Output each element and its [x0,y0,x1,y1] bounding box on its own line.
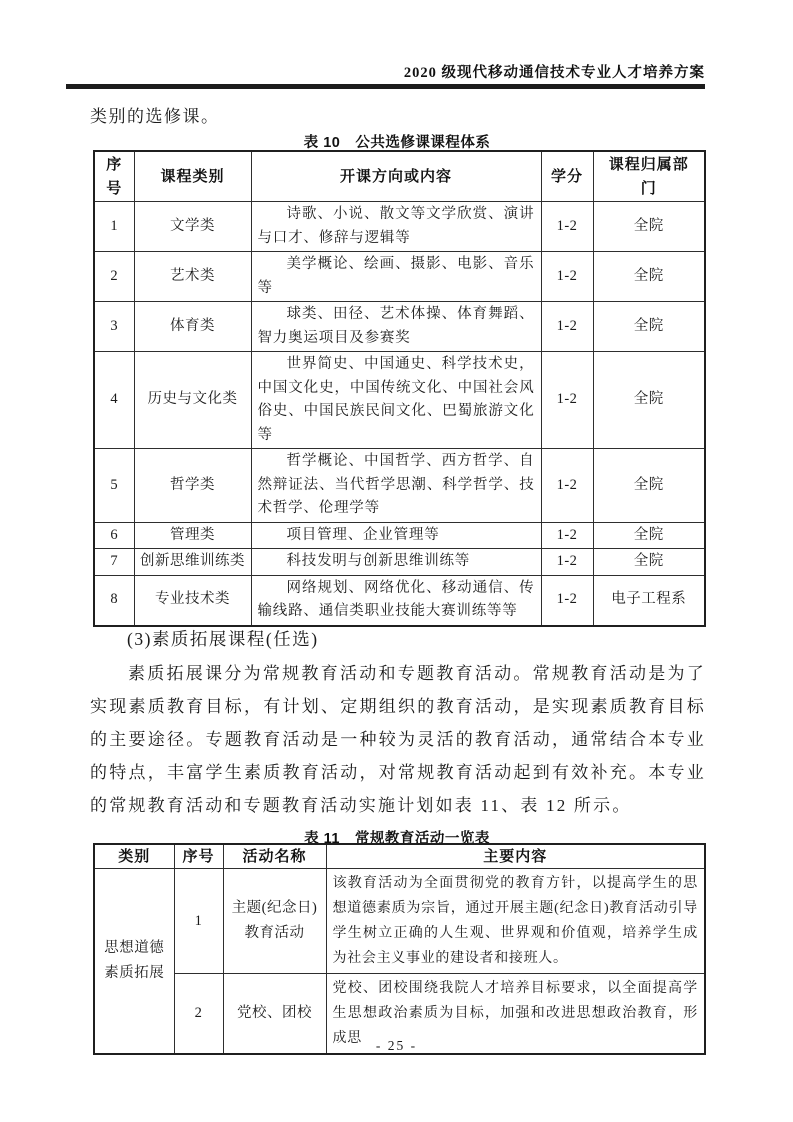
cell-activity: 主题(纪念日) 教育活动 [223,869,326,974]
col-header-content: 开课方向或内容 [251,151,541,202]
cell-credits: 1-2 [541,549,593,576]
cell-category: 创新思维训练类 [134,549,251,576]
cell-category: 体育类 [134,302,251,352]
elective-course-table: 序 号 课程类别 开课方向或内容 学分 课程归属部 门 1 文学类 诗歌、小说、… [93,150,706,627]
cell-category: 管理类 [134,522,251,549]
cell-credits: 1-2 [541,352,593,449]
intro-text: 类别的选修课。 [90,102,220,127]
section-heading: (3)素质拓展课程(任选) [127,626,319,651]
table-row: 4 历史与文化类 世界简史、中国通史、科学技术史，中国文化史，中国传统文化、中国… [94,352,705,449]
cell-no: 6 [94,522,134,549]
cell-dept: 全院 [593,549,705,576]
table10-caption: 表 10 公共选修课课程体系 [89,131,705,152]
cell-dept: 全院 [593,449,705,523]
cell-dept: 电子工程系 [593,575,705,626]
table-row: 5 哲学类 哲学概论、中国哲学、西方哲学、自然辩证法、当代哲学思潮、科学哲学、技… [94,449,705,523]
cell-content: 球类、田径、艺术体操、体育舞蹈、智力奥运项目及参赛奖 [251,302,541,352]
cell-no: 3 [94,302,134,352]
cell-dept: 全院 [593,302,705,352]
regular-education-activity-table: 类别 序号 活动名称 主要内容 思想道德 素质拓展 1 主题(纪念日) 教育活动… [93,843,706,1055]
table-header-row: 类别 序号 活动名称 主要内容 [94,844,705,869]
cell-category-group: 思想道德 素质拓展 [94,869,174,1055]
cell-category: 哲学类 [134,449,251,523]
cell-category: 艺术类 [134,252,251,302]
cell-dept: 全院 [593,252,705,302]
cell-dept: 全院 [593,522,705,549]
cell-no: 2 [94,252,134,302]
table-row: 1 文学类 诗歌、小说、散文等文学欣赏、演讲与口才、修辞与逻辑等 1-2 全院 [94,202,705,252]
cell-credits: 1-2 [541,252,593,302]
cell-content: 该教育活动为全面贯彻党的教育方针，以提高学生的思想道德素质为宗旨，通过开展主题(… [326,869,705,974]
col-header-category: 课程类别 [134,151,251,202]
cell-content: 诗歌、小说、散文等文学欣赏、演讲与口才、修辞与逻辑等 [251,202,541,252]
cell-content: 世界简史、中国通史、科学技术史，中国文化史，中国传统文化、中国社会风俗史、中国民… [251,352,541,449]
cell-credits: 1-2 [541,202,593,252]
col-header-dept: 课程归属部 门 [593,151,705,202]
cell-no: 1 [174,869,223,974]
table-row: 7 创新思维训练类 科技发明与创新思维训练等 1-2 全院 [94,549,705,576]
cell-category: 文学类 [134,202,251,252]
cell-credits: 1-2 [541,302,593,352]
cell-no: 5 [94,449,134,523]
col-header-no: 序号 [174,844,223,869]
cell-credits: 1-2 [541,449,593,523]
cell-category: 历史与文化类 [134,352,251,449]
cell-content: 科技发明与创新思维训练等 [251,549,541,576]
table-row: 思想道德 素质拓展 1 主题(纪念日) 教育活动 该教育活动为全面贯彻党的教育方… [94,869,705,974]
table-row: 6 管理类 项目管理、企业管理等 1-2 全院 [94,522,705,549]
header-divider-rule [66,84,705,89]
body-paragraph: 素质拓展课分为常规教育活动和专题教育活动。常规教育活动是为了实现素质教育目标，有… [90,657,706,822]
cell-content: 网络规划、网络优化、移动通信、传输线路、通信类职业技能大赛训练等等 [251,575,541,626]
table-row: 8 专业技术类 网络规划、网络优化、移动通信、传输线路、通信类职业技能大赛训练等… [94,575,705,626]
page-number: - 25 - [0,1038,793,1054]
col-header-no: 序 号 [94,151,134,202]
cell-content: 项目管理、企业管理等 [251,522,541,549]
cell-content: 哲学概论、中国哲学、西方哲学、自然辩证法、当代哲学思潮、科学哲学、技术哲学、伦理… [251,449,541,523]
cell-dept: 全院 [593,352,705,449]
col-header-activity: 活动名称 [223,844,326,869]
running-header-title: 2020 级现代移动通信技术专业人才培养方案 [90,61,705,82]
col-header-credits: 学分 [541,151,593,202]
cell-no: 8 [94,575,134,626]
document-page: 2020 级现代移动通信技术专业人才培养方案 类别的选修课。 表 10 公共选修… [0,0,793,1122]
cell-credits: 1-2 [541,522,593,549]
cell-category: 专业技术类 [134,575,251,626]
col-header-content: 主要内容 [326,844,705,869]
table-row: 2 艺术类 美学概论、绘画、摄影、电影、音乐等 1-2 全院 [94,252,705,302]
table-header-row: 序 号 课程类别 开课方向或内容 学分 课程归属部 门 [94,151,705,202]
cell-no: 7 [94,549,134,576]
cell-no: 4 [94,352,134,449]
col-header-category: 类别 [94,844,174,869]
cell-credits: 1-2 [541,575,593,626]
cell-content: 美学概论、绘画、摄影、电影、音乐等 [251,252,541,302]
cell-dept: 全院 [593,202,705,252]
cell-no: 1 [94,202,134,252]
table-row: 3 体育类 球类、田径、艺术体操、体育舞蹈、智力奥运项目及参赛奖 1-2 全院 [94,302,705,352]
